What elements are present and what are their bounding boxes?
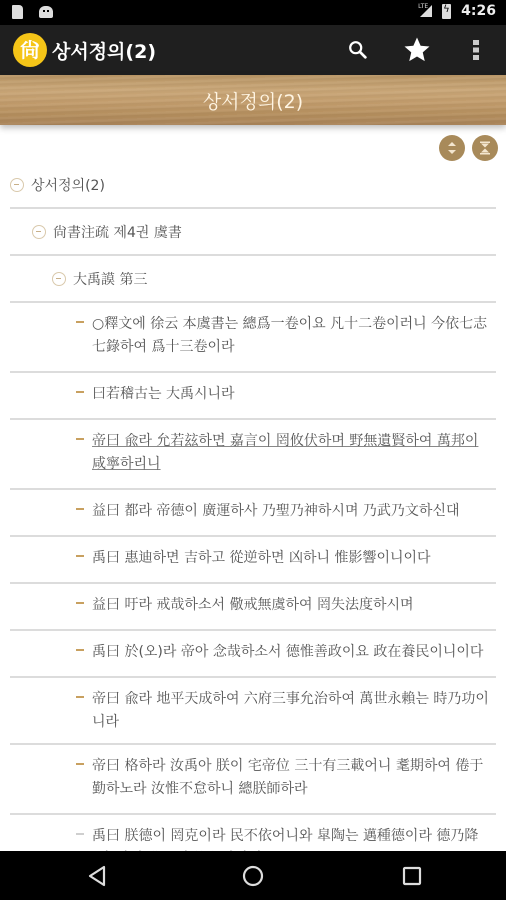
- tree-node-chapter[interactable]: 大禹謨 第三: [10, 256, 496, 303]
- list-item[interactable]: 帝曰 兪라 允若玆하면 嘉言이 罔攸伏하며 野無遺賢하여 萬邦이 咸寧하리니: [10, 420, 496, 490]
- bullet-dash-icon: [76, 649, 84, 651]
- more-vert-icon: [472, 38, 480, 62]
- app-title: 상서정의(2): [52, 37, 156, 64]
- back-icon: [87, 865, 107, 887]
- search-button[interactable]: [334, 25, 382, 75]
- list-item[interactable]: 禹曰 惠迪하면 吉하고 從逆하면 凶하니 惟影響이니이다: [10, 537, 496, 584]
- passage-text: 禹曰 惠迪하면 吉하고 從逆하면 凶하니 惟影響이니이다: [92, 537, 431, 582]
- home-button[interactable]: [223, 851, 283, 900]
- star-icon: [402, 35, 432, 65]
- passage-text: 帝曰 兪라 允若玆하면 嘉言이 罔攸伏하며 野無遺賢하여 萬邦이 咸寧하리니: [92, 420, 490, 488]
- android-debug-icon: [39, 6, 53, 18]
- bullet-dash-icon: [76, 763, 84, 765]
- tree-node-root[interactable]: 상서정의(2): [10, 162, 496, 209]
- collapse-all-icon: [479, 141, 491, 155]
- node-label: 尙書注疏 제4권 虞書: [53, 222, 182, 242]
- section-title: 상서정의(2): [0, 87, 506, 114]
- section-header: 상서정의(2): [0, 75, 506, 125]
- recents-icon: [402, 866, 422, 886]
- bullet-dash-icon: [76, 833, 84, 835]
- search-icon: [347, 39, 369, 61]
- passage-text: 帝曰 兪라 地平天成하여 六府三事允治하여 萬世永賴는 時乃功이니라: [92, 678, 490, 743]
- bullet-dash-icon: [76, 602, 84, 604]
- bullet-dash-icon: [76, 438, 84, 440]
- expand-all-icon: [446, 141, 458, 155]
- clock: 4:26: [461, 3, 496, 19]
- passage-text: 帝曰 格하라 汝禹아 朕이 宅帝位 三十有三載어니 耄期하여 倦于勤하노라 汝惟…: [92, 745, 490, 813]
- app-logo[interactable]: 尙: [13, 33, 47, 67]
- favorite-button[interactable]: [393, 25, 441, 75]
- expand-all-button[interactable]: [439, 135, 465, 161]
- more-options-button[interactable]: [452, 25, 500, 75]
- lte-label: LTE: [418, 3, 428, 10]
- bullet-dash-icon: [76, 391, 84, 393]
- back-button[interactable]: [67, 851, 127, 900]
- list-item[interactable]: 益曰 都라 帝德이 廣運하사 乃聖乃神하시며 乃武乃文하신대: [10, 490, 496, 537]
- collapse-all-button[interactable]: [472, 135, 498, 161]
- passage-text: 益曰 吁라 戒哉하소서 儆戒無虞하여 罔失法度하시며: [92, 584, 414, 629]
- recents-button[interactable]: [382, 851, 442, 900]
- tree-node-volume[interactable]: 尙書注疏 제4권 虞書: [10, 209, 496, 256]
- outline-tree: 상서정의(2) 尙書注疏 제4권 虞書 大禹謨 第三 ○釋文에 徐云 本虞書는 …: [0, 162, 506, 885]
- app-bar: 尙 상서정의(2): [0, 25, 506, 75]
- signal-icon: LTE: [420, 5, 432, 17]
- bullet-dash-icon: [76, 508, 84, 510]
- bullet-dash-icon: [76, 696, 84, 698]
- passage-text: ○釋文에 徐云 本虞書는 總爲一卷이요 凡十二卷이러니 今依七志七錄하여 爲十三…: [92, 303, 490, 371]
- sd-card-icon: [12, 5, 23, 19]
- list-item[interactable]: 益曰 吁라 戒哉하소서 儆戒無虞하여 罔失法度하시며: [10, 584, 496, 631]
- list-item[interactable]: ○釋文에 徐云 本虞書는 總爲一卷이요 凡十二卷이러니 今依七志七錄하여 爲十三…: [10, 303, 496, 373]
- battery-charging-icon: [442, 4, 451, 19]
- list-item[interactable]: 帝曰 兪라 地平天成하여 六府三事允治하여 萬世永賴는 時乃功이니라: [10, 678, 496, 745]
- status-bar: LTE 4:26: [0, 0, 506, 25]
- node-label: 大禹謨 第三: [73, 269, 147, 289]
- bullet-dash-icon: [76, 321, 84, 323]
- list-item[interactable]: 禹曰 於(오)라 帝아 念哉하소서 德惟善政이요 政在養民이니이다: [10, 631, 496, 678]
- list-item[interactable]: 曰若稽古는 大禹시니라: [10, 373, 496, 420]
- bullet-dash-icon: [76, 555, 84, 557]
- node-label: 상서정의(2): [31, 175, 105, 195]
- passage-text: 曰若稽古는 大禹시니라: [92, 373, 235, 418]
- passage-text: 禹曰 於(오)라 帝아 念哉하소서 德惟善政이요 政在養民이니이다: [92, 631, 483, 676]
- collapse-node-icon[interactable]: [52, 272, 66, 286]
- home-icon: [242, 865, 264, 887]
- collapse-node-icon[interactable]: [32, 225, 46, 239]
- system-nav-bar: [0, 851, 506, 900]
- passage-text: 益曰 都라 帝德이 廣運하사 乃聖乃神하시며 乃武乃文하신대: [92, 490, 460, 535]
- collapse-node-icon[interactable]: [10, 178, 24, 192]
- list-item[interactable]: 帝曰 格하라 汝禹아 朕이 宅帝位 三十有三載어니 耄期하여 倦于勤하노라 汝惟…: [10, 745, 496, 815]
